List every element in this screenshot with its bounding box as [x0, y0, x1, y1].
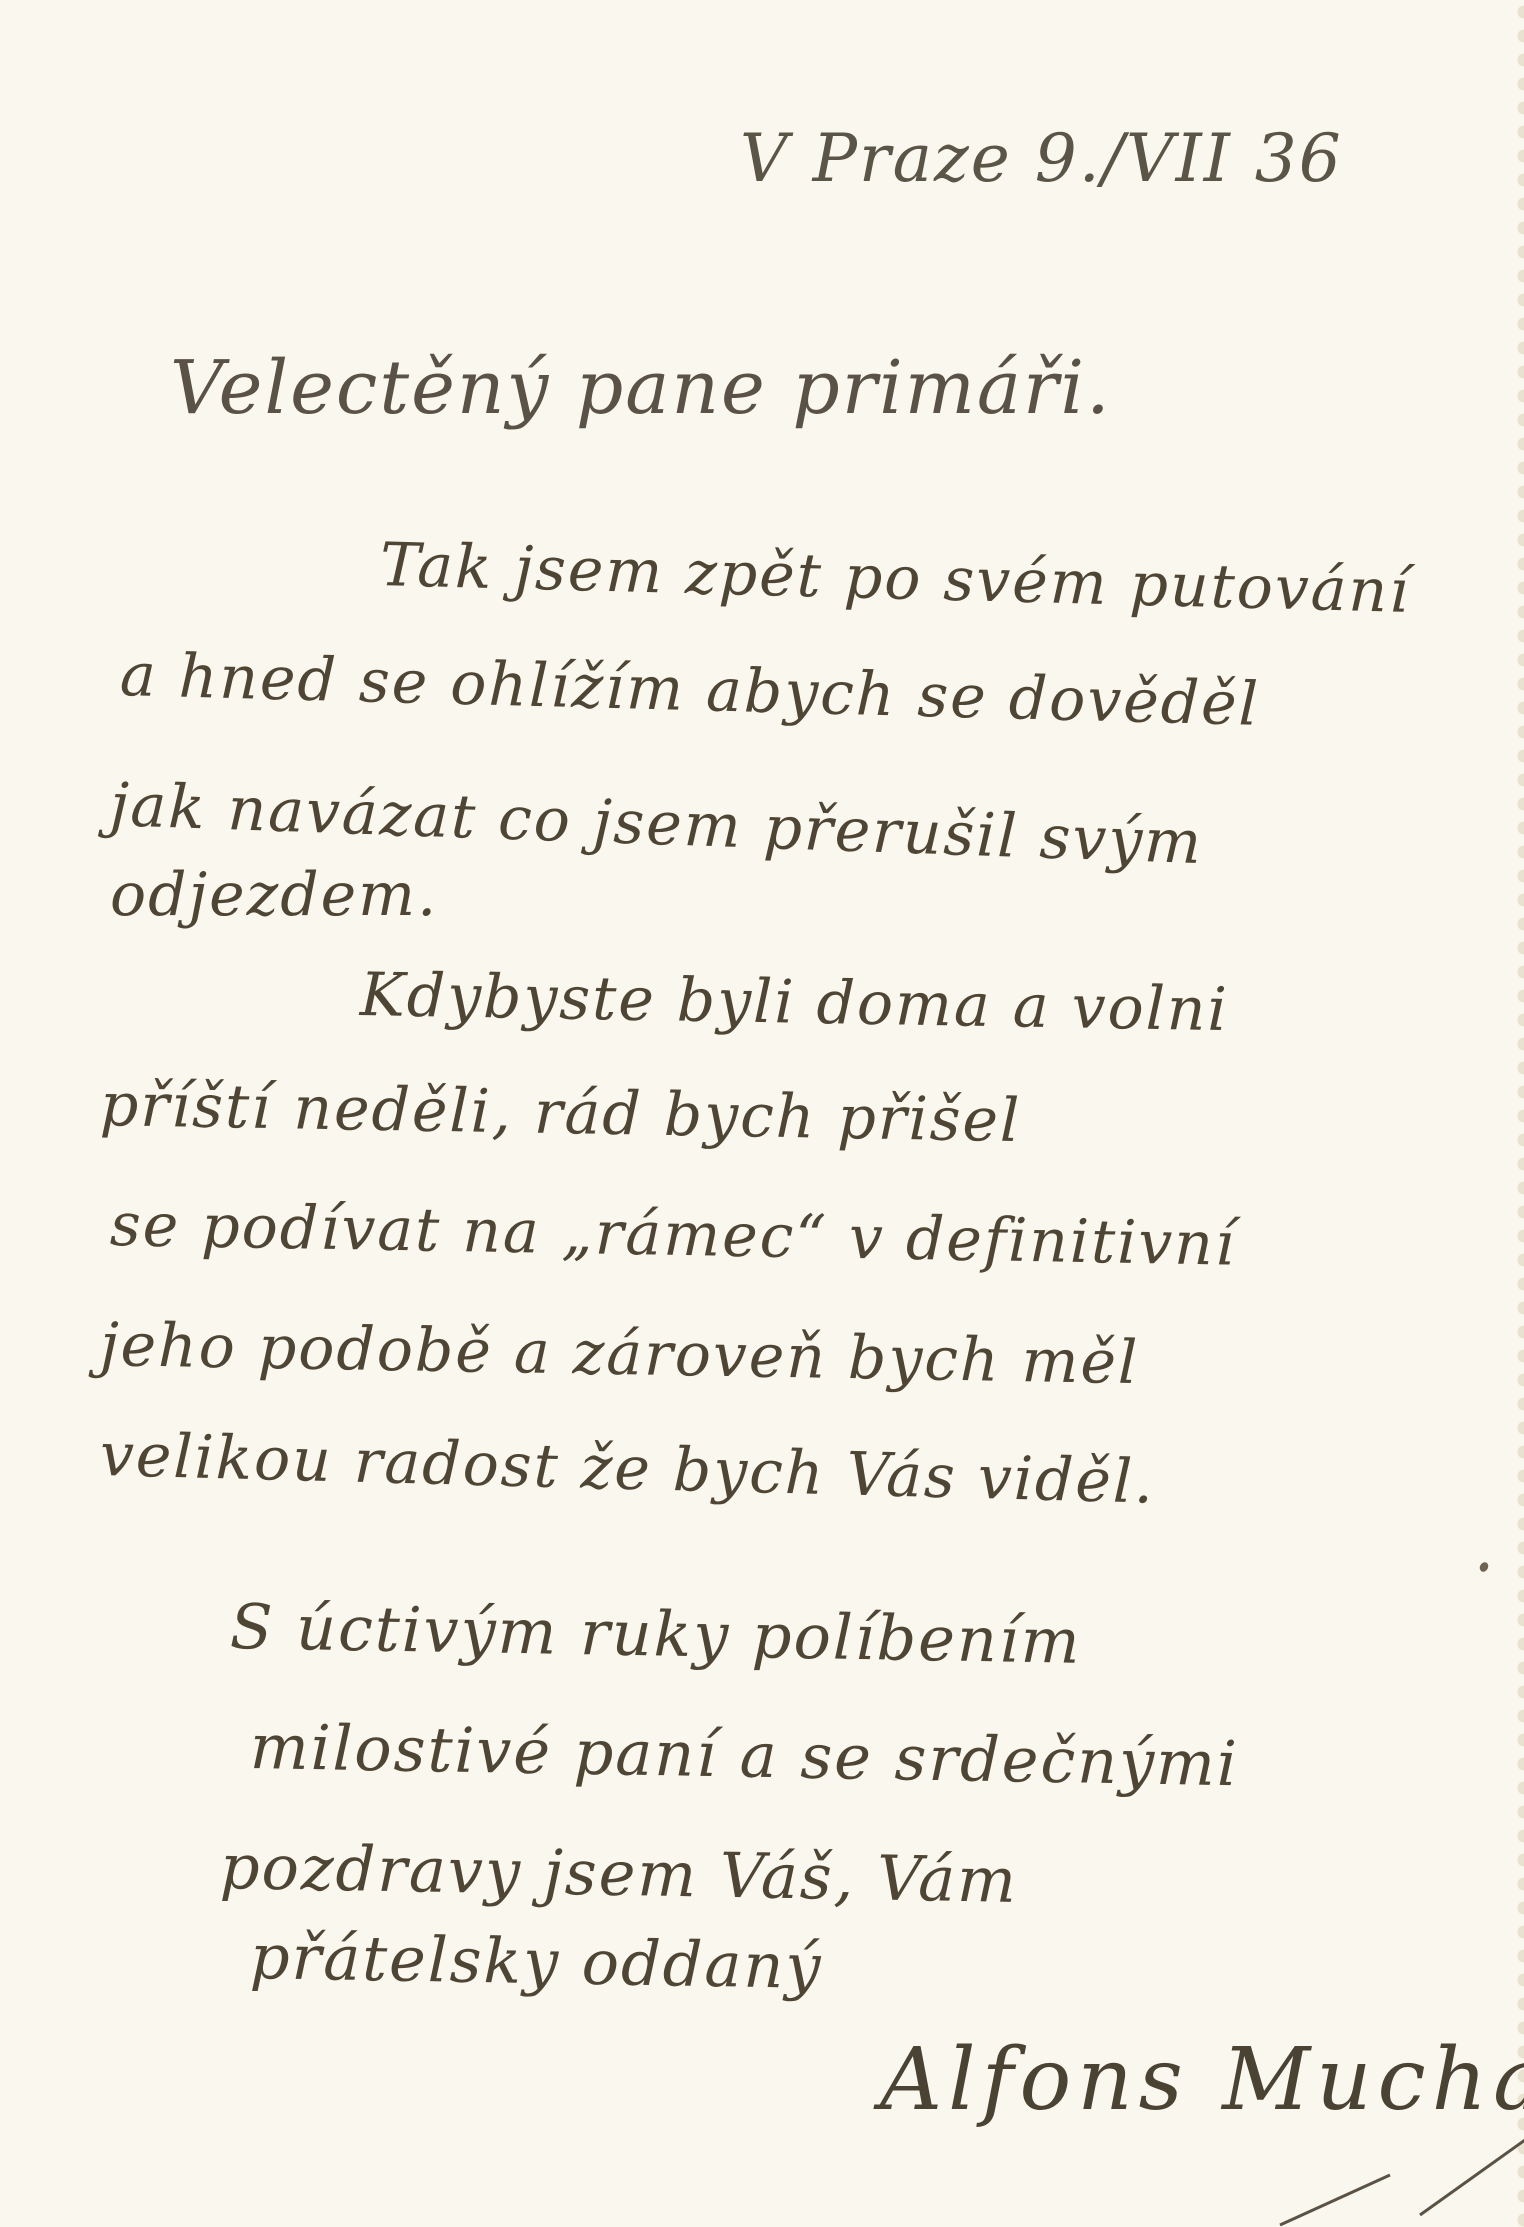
dateline: V Praze 9./VII 36	[740, 120, 1343, 197]
body-line: příští neděli, rád bych přišel	[99, 1070, 1021, 1156]
body-line: jeho podobě a zároveň bych měl	[99, 1310, 1139, 1398]
deckle-edge	[1512, 0, 1524, 2227]
body-line: odjezdem.	[110, 860, 438, 930]
signature-flourish-icon	[1240, 2120, 1524, 2227]
letter-page: V Praze 9./VII 36 Velectěný pane primáři…	[0, 0, 1524, 2227]
body-line: Kdybyste byli doma a volni	[359, 960, 1229, 1045]
body-line: se podívat na „rámec“ v definitivní	[109, 1190, 1236, 1280]
body-line: Tak jsem zpět po svém putování	[379, 530, 1411, 627]
salutation: Velectěný pane primáři.	[170, 345, 1112, 431]
closing-line: pozdravy jsem Váš, Vám	[219, 1830, 1018, 1917]
closing-line: S úctivým ruky políbením	[229, 1590, 1082, 1678]
closing-line: přátelsky oddaný	[249, 1920, 823, 2003]
signature: Alfons Mucha	[880, 2030, 1524, 2130]
closing-line: milostivé paní a se srdečnými	[249, 1710, 1239, 1800]
body-line: velikou radost že bych Vás viděl.	[99, 1420, 1156, 1518]
body-line: a hned se ohlížím abych se dověděl	[119, 640, 1261, 740]
ink-spot	[1478, 1561, 1490, 1574]
